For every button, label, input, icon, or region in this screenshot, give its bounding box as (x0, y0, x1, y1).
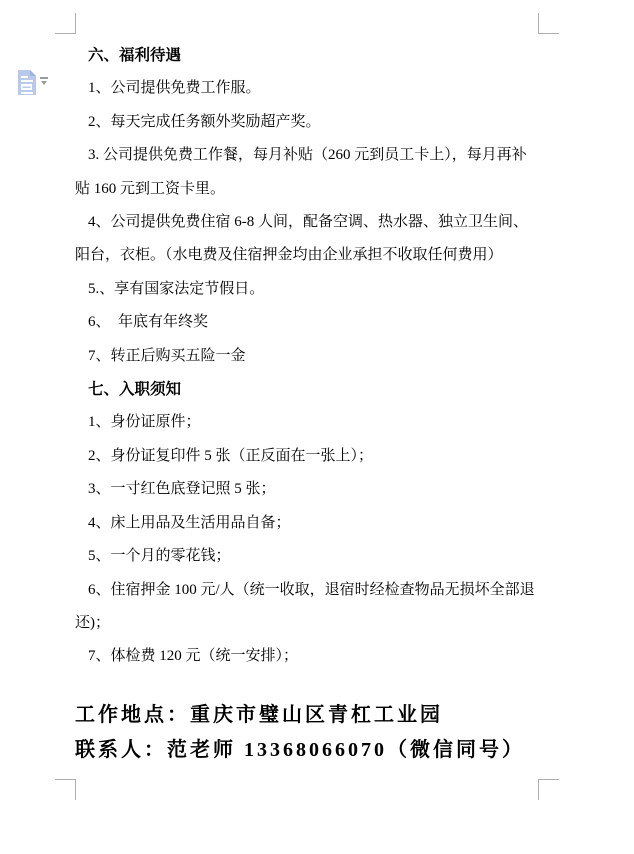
onboarding-item-1: 1、身份证原件； (75, 406, 539, 439)
document-content: 六、福利待遇 1、公司提供免费工作服。 2、每天完成任务额外奖励超产奖。 3. … (75, 39, 539, 768)
benefit-item-5: 5.、享有国家法定节假日。 (75, 273, 539, 306)
crop-mark-top-left (55, 13, 76, 34)
benefit-item-2: 2、每天完成任务额外奖励超产奖。 (75, 106, 539, 139)
onboarding-item-7: 7、体检费 120 元（统一安排）； (75, 640, 539, 673)
benefit-item-6: 6、 年底有年终奖 (75, 306, 539, 339)
crop-mark-bottom-right (538, 779, 559, 800)
benefit-item-7: 7、转正后购买五险一金 (75, 340, 539, 373)
contact-block: 工作地点：重庆市璧山区青杠工业园 联系人：范老师 13368066070（微信同… (75, 698, 539, 768)
benefit-item-3: 3. 公司提供免费工作餐，每月补贴（260 元到员工卡上），每月再补贴 160 … (75, 139, 539, 206)
onboarding-item-5: 5、一个月的零花钱； (75, 540, 539, 573)
section-heading-benefits: 六、福利待遇 (75, 39, 539, 72)
chevron-down-icon[interactable] (40, 77, 49, 86)
paste-options-button[interactable] (16, 69, 52, 99)
onboarding-item-4: 4、床上用品及生活用品自备； (75, 507, 539, 540)
section-heading-onboarding: 七、入职须知 (75, 373, 539, 406)
onboarding-item-2: 2、身份证复印件 5 张（正反面在一张上）； (75, 440, 539, 473)
document-page[interactable]: 六、福利待遇 1、公司提供免费工作服。 2、每天完成任务额外奖励超产奖。 3. … (0, 0, 634, 854)
crop-mark-top-right (538, 13, 559, 34)
onboarding-item-6: 6、住宿押金 100 元/人（统一收取，退宿时经检查物品无损坏全部退还)； (75, 574, 539, 641)
benefit-item-1: 1、公司提供免费工作服。 (75, 72, 539, 105)
benefit-item-4: 4、公司提供免费住宿 6-8 人间，配备空调、热水器、独立卫生间、阳台，衣柜。（… (75, 206, 539, 273)
contact-person-line: 联系人：范老师 13368066070（微信同号） (75, 733, 539, 768)
crop-mark-bottom-left (55, 779, 76, 800)
onboarding-item-3: 3、一寸红色底登记照 5 张； (75, 473, 539, 506)
work-location-line: 工作地点：重庆市璧山区青杠工业园 (75, 698, 539, 733)
